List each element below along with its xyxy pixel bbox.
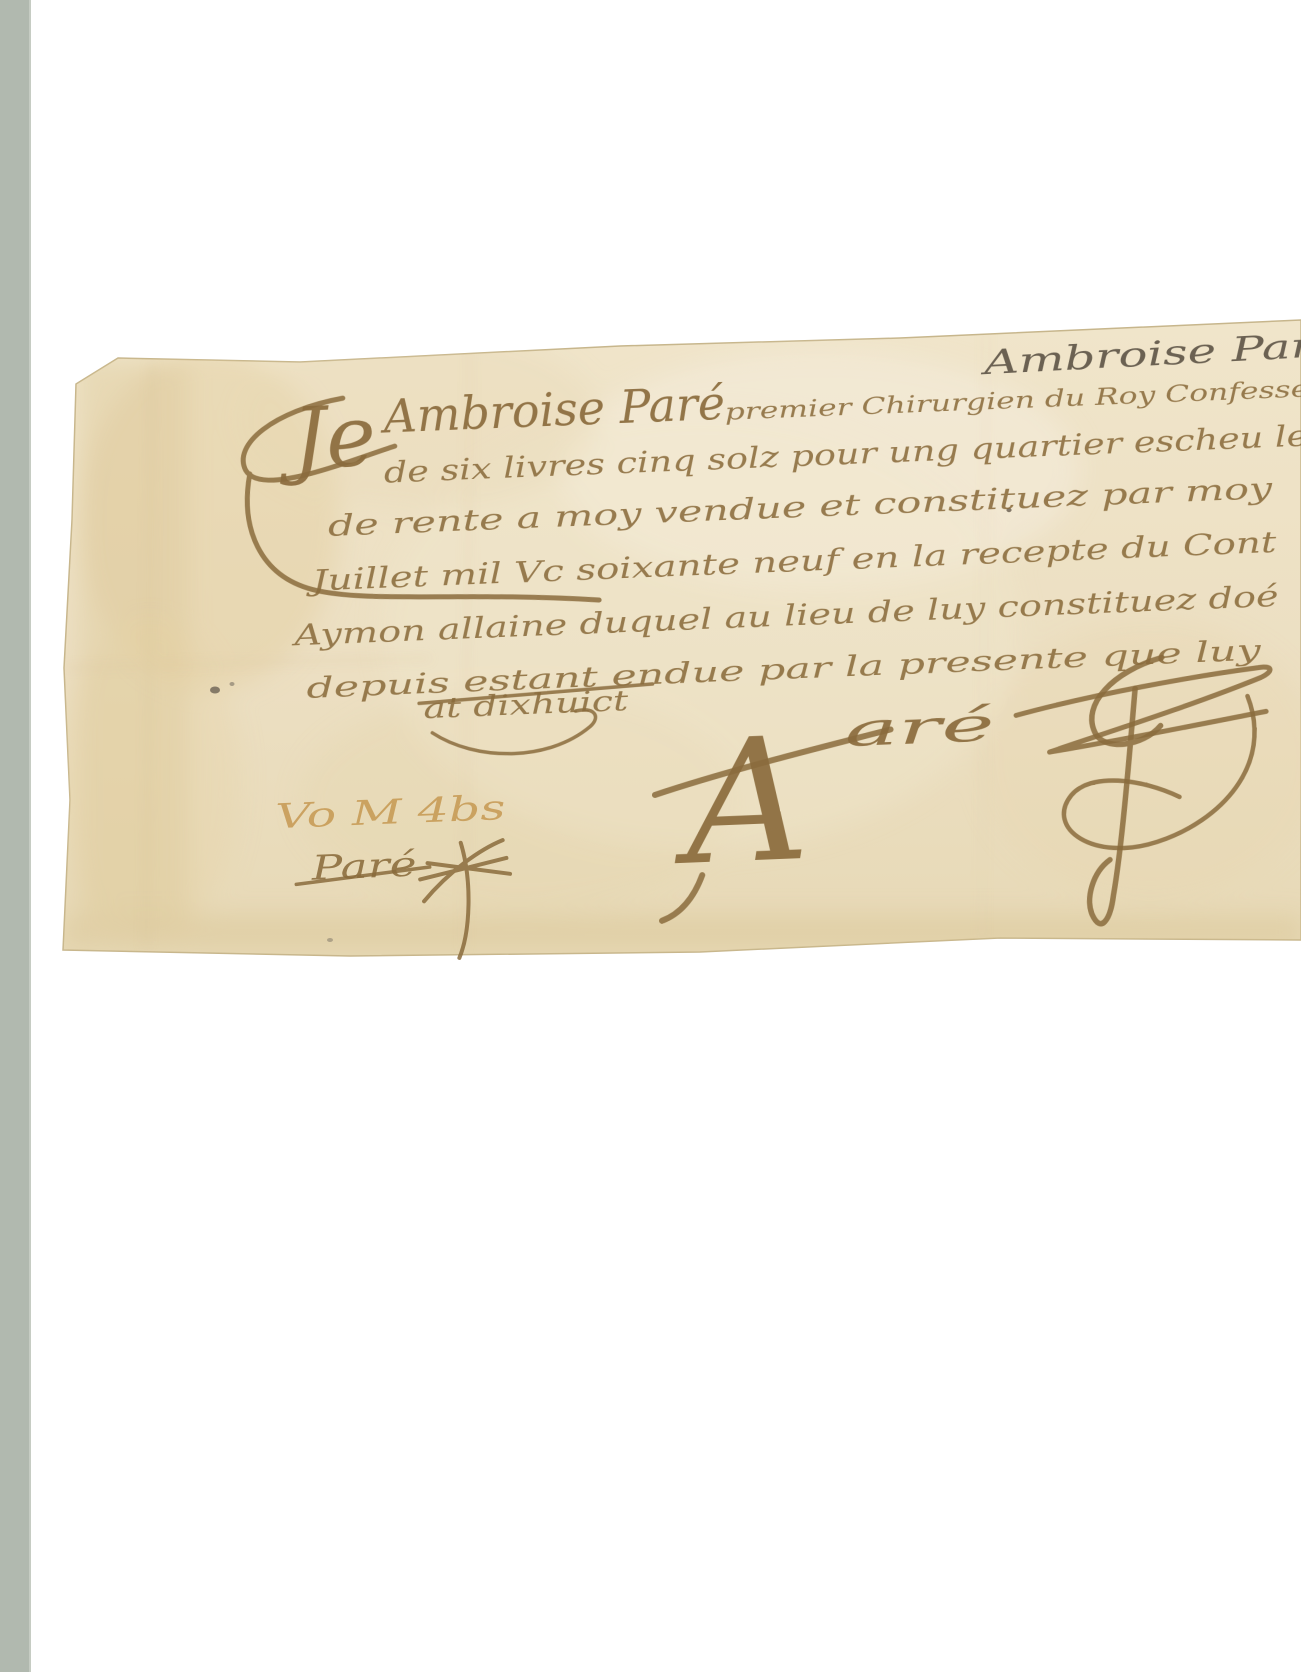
book-page: Ambroise Par Je Ambroise Paré premier Ch…	[0, 0, 1301, 1672]
signature-initial: A	[668, 701, 812, 904]
stain-spot	[210, 687, 220, 694]
texture-shade-bottom	[63, 915, 1301, 949]
manuscript-photo: Ambroise Par Je Ambroise Paré premier Ch…	[0, 0, 1301, 1672]
texture-shade-left	[78, 360, 188, 920]
signature-name: aré	[843, 697, 995, 757]
stain-spot	[327, 938, 333, 942]
stain-spot	[230, 682, 235, 686]
